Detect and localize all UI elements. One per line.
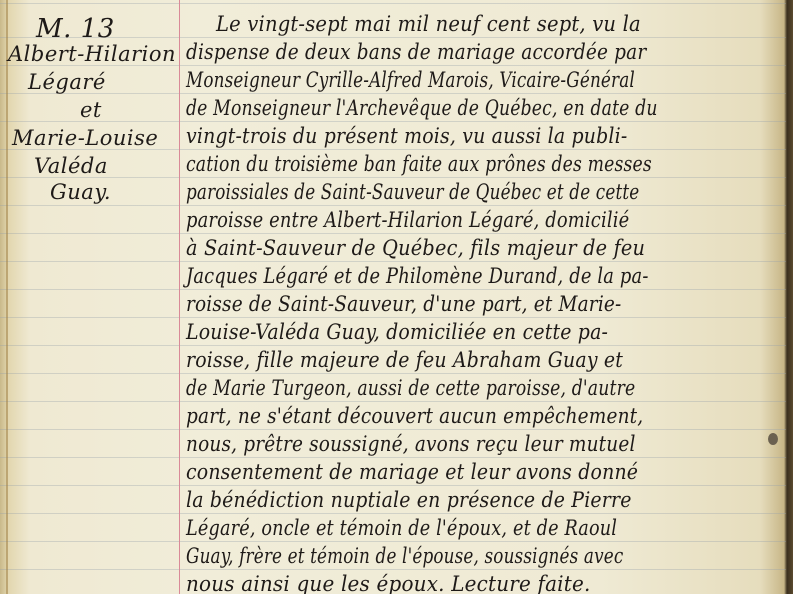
groom-name-first: Albert-Hilarion — [8, 42, 176, 66]
bride-name-first: Marie-Louise — [12, 126, 158, 150]
body-line: cation du troisième ban faite aux prônes… — [186, 152, 652, 176]
entry-number: M. 13 — [36, 14, 115, 44]
body-line: Jacques Légaré et de Philomène Durand, d… — [186, 264, 649, 288]
body-line: la bénédiction nuptiale en présence de P… — [186, 488, 632, 512]
body-line: de Monseigneur l'Archevêque de Québec, e… — [186, 96, 658, 120]
body-line: vingt-trois du présent mois, vu aussi la… — [186, 124, 627, 148]
bride-name-last: Guay. — [50, 180, 111, 204]
body-line: nous ainsi que les époux. Lecture faite. — [186, 572, 590, 594]
groom-name-last: Légaré — [28, 70, 106, 94]
body-line: Louise-Valéda Guay, domiciliée en cette … — [186, 320, 608, 344]
register-page: M. 13 Albert-Hilarion Légaré et Marie-Lo… — [0, 0, 793, 594]
body-line: Le vingt-sept mai mil neuf cent sept, vu… — [216, 12, 641, 36]
body-line: nous, prêtre soussigné, avons reçu leur … — [186, 432, 636, 456]
body-line: roisse de Saint-Sauveur, d'une part, et … — [186, 292, 621, 316]
body-line: paroisse entre Albert-Hilarion Légaré, d… — [186, 208, 629, 232]
body-line: paroissiales de Saint-Sauveur de Québec … — [186, 180, 639, 204]
bride-name-middle: Valéda — [34, 154, 108, 178]
margin-rule — [179, 0, 180, 594]
binding-edge — [6, 0, 8, 594]
body-line: part, ne s'étant découvert aucun empêche… — [186, 404, 643, 428]
body-line: dispense de deux bans de mariage accordé… — [186, 40, 646, 64]
conjunction: et — [80, 98, 102, 122]
body-line: de Marie Turgeon, aussi de cette paroiss… — [186, 376, 635, 400]
body-line: Guay, frère et témoin de l'épouse, souss… — [186, 544, 623, 568]
body-line: Monseigneur Cyrille-Alfred Marois, Vicai… — [186, 68, 635, 92]
punch-hole — [768, 433, 778, 445]
body-line: à Saint-Sauveur de Québec, fils majeur d… — [186, 236, 645, 260]
body-line: Légaré, oncle et témoin de l'époux, et d… — [186, 516, 617, 540]
body-line: consentement de mariage et leur avons do… — [186, 460, 638, 484]
body-line: roisse, fille majeure de feu Abraham Gua… — [186, 348, 623, 372]
